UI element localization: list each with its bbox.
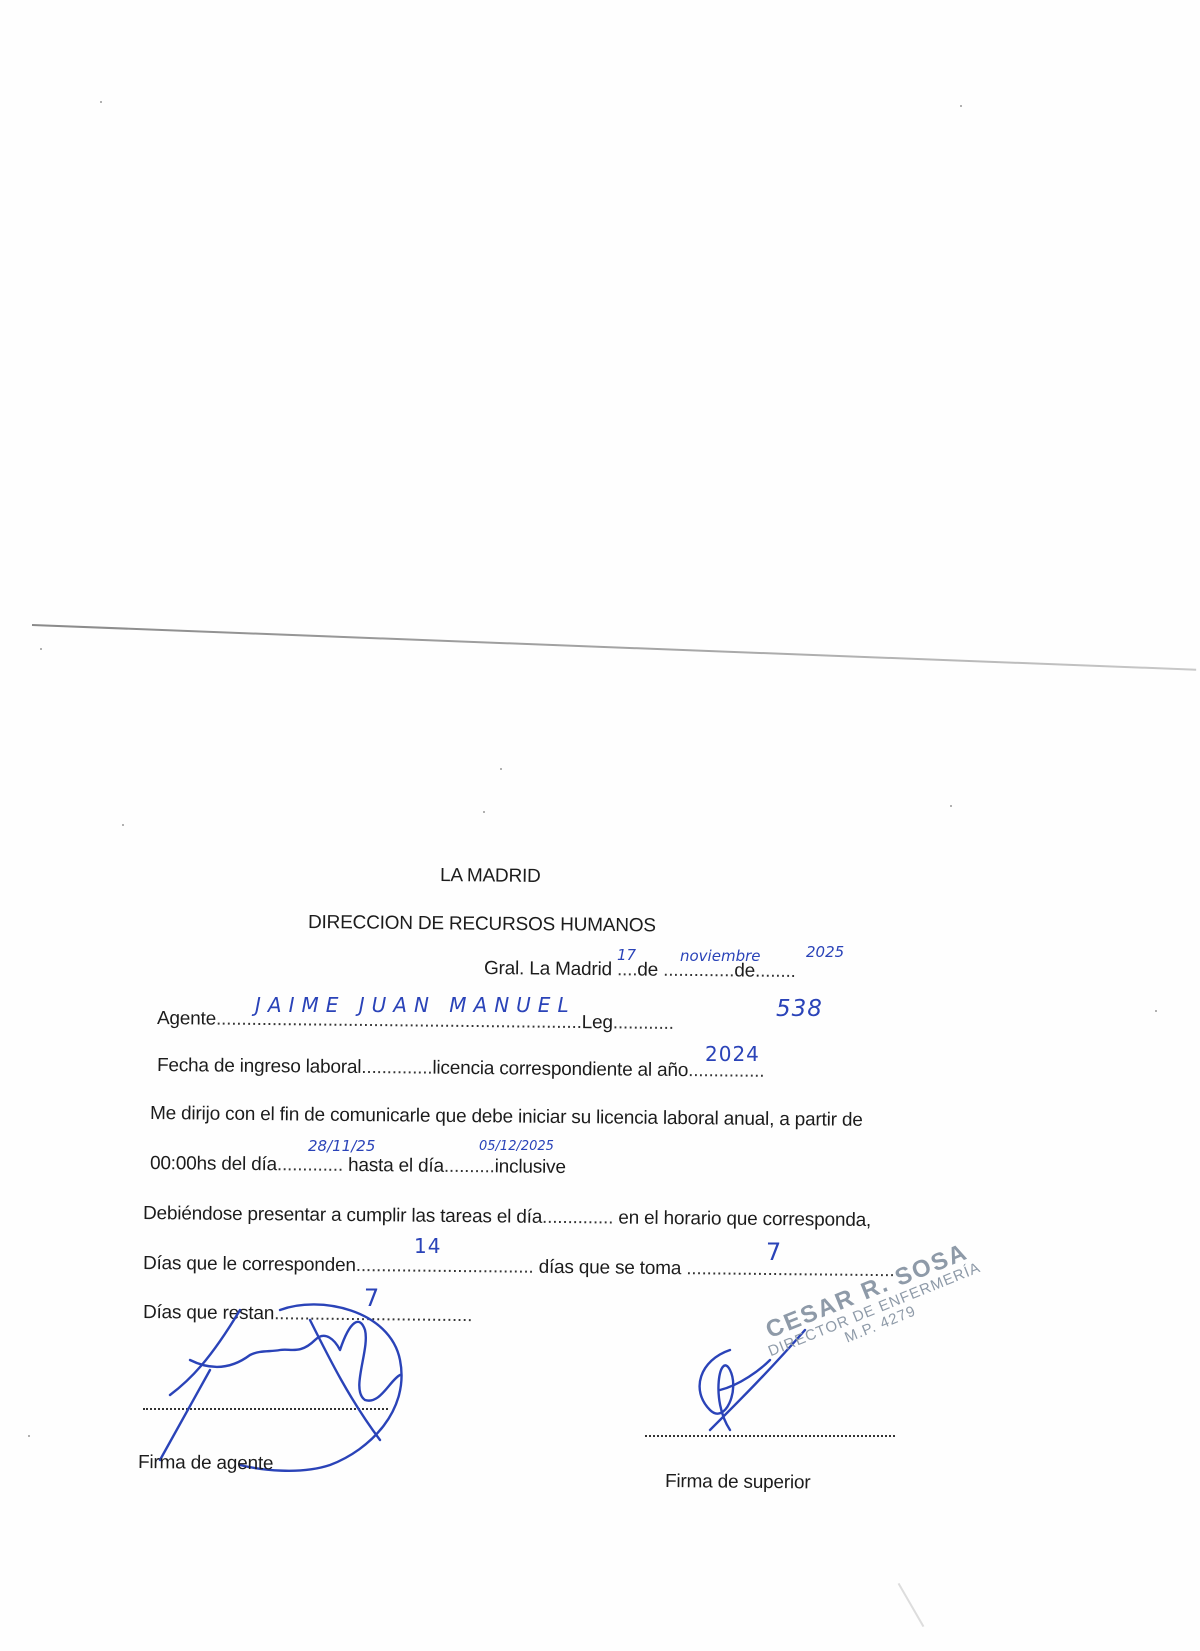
return-line: Debiéndose presentar a cumplir las tarea… [143, 1203, 871, 1232]
hasta-label: hasta el día [343, 1155, 444, 1177]
start-date-handwritten[interactable]: 28/11/25 [308, 1137, 375, 1155]
day-handwritten[interactable]: 17 [617, 946, 636, 964]
leg-dots: ............ [613, 1012, 674, 1034]
fecha-line: Fecha de ingreso laboral..............li… [157, 1055, 765, 1083]
scan-speck [500, 768, 502, 770]
director-stamp: CESAR R. SOSA DIRECTOR DE ENFERMERÍA M.P… [757, 1237, 989, 1375]
scan-speck [122, 824, 124, 826]
days-entitled-handwritten[interactable]: 14 [414, 1234, 441, 1258]
leg-number-handwritten[interactable]: 538 [776, 996, 823, 1022]
scan-speck [40, 648, 42, 650]
fecha-ingreso-label: Fecha de ingreso laboral [157, 1055, 362, 1078]
end-date-handwritten[interactable]: 05/12/2025 [479, 1139, 554, 1154]
scan-fold-line [32, 624, 1196, 671]
date-prefix: Gral. La Madrid [484, 958, 617, 980]
days-taken-handwritten[interactable]: 7 [766, 1238, 782, 1266]
scan-speck [28, 1435, 30, 1437]
agent-label: Agente [157, 1008, 216, 1030]
year-handwritten[interactable]: 2025 [806, 943, 844, 961]
department-heading: DIRECCION DE RECURSOS HUMANOS [308, 912, 656, 937]
horario-label: en el horario que corresponda, [613, 1208, 871, 1231]
licencia-label: licencia correspondiente al año [432, 1058, 688, 1081]
period-line: 00:00hs del día............. hasta el dí… [150, 1153, 566, 1179]
agent-name-handwritten[interactable]: JAIME JUAN MANUEL [255, 993, 576, 1017]
leg-label: Leg [582, 1012, 613, 1033]
municipality-heading: LA MADRID [440, 865, 541, 888]
scan-speck [1155, 1010, 1157, 1012]
licencia-year-handwritten[interactable]: 2024 [705, 1042, 760, 1066]
return-label: Debiéndose presentar a cumplir las tarea… [143, 1203, 542, 1228]
fecha-dots: .............. [361, 1057, 432, 1079]
scan-speck [960, 105, 962, 107]
dias-dots: ................................... [356, 1255, 534, 1278]
scan-speck [100, 101, 102, 103]
scan-mark [898, 1583, 925, 1627]
inclusive-label: inclusive [495, 1156, 566, 1178]
de-label: de [637, 959, 663, 980]
agent-signature-label: Firma de agente [138, 1452, 274, 1475]
start-dots: ............. [277, 1154, 343, 1176]
return-dots: .............. [542, 1207, 613, 1229]
period-prefix: 00:00hs del día [150, 1153, 277, 1175]
scan-speck [483, 811, 485, 813]
agent-signature [150, 1300, 430, 1470]
month-handwritten[interactable]: noviembre [680, 947, 761, 965]
year-dots: ....... [760, 961, 796, 982]
notice-paragraph: Me dirijo con el fin de comunicarle que … [150, 1103, 863, 1132]
superior-signature-label: Firma de superior [665, 1471, 811, 1494]
scanned-page: LA MADRID DIRECCION DE RECURSOS HUMANOS … [0, 0, 1200, 1651]
scan-speck [950, 805, 952, 807]
dias-corresponden-label: Días que le corresponden [143, 1253, 356, 1276]
end-dots: .......... [444, 1156, 495, 1177]
dias-toma-label: días que se toma [533, 1257, 686, 1279]
